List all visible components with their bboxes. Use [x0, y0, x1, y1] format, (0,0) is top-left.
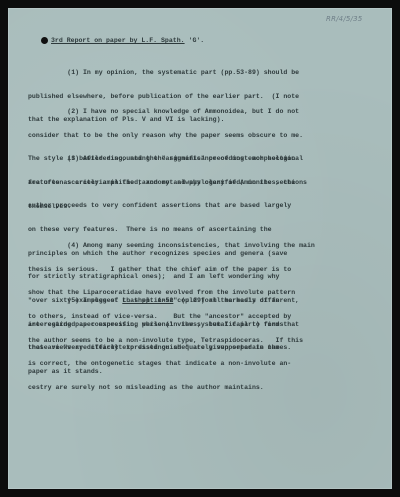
paragraph-line: (4) Among many seeming inconsistencies, … — [28, 242, 315, 250]
paragraph-line: (1) In my opinion, the systematic part (… — [28, 69, 299, 77]
paragraph-line: interesting paper expressing personal vi… — [28, 321, 299, 329]
paragraph-line: (3) After discounting the significance o… — [28, 155, 303, 163]
reference-annotation: RR/4/5/35 — [326, 15, 362, 23]
paragraph-line: author proceeds to very confident assert… — [28, 202, 303, 210]
report-title: 3rd Report on paper by L.F. Spath. — [51, 37, 185, 45]
bullet-dot-icon — [41, 37, 48, 44]
paragraph-line: (2) I have no special knowledge of Ammon… — [28, 108, 307, 116]
paragraph-5: (5) I suggest that pp. 1-52 could form t… — [28, 281, 299, 392]
report-heading: 3rd Report on paper by L.F. Spath. 'G'. — [41, 37, 204, 45]
paragraph-line: paper as it stands. — [28, 368, 299, 376]
paragraph-line: thesis is serious. I gather that the chi… — [28, 266, 315, 274]
paragraph-line: features as criteria in the taxonomy and… — [28, 179, 303, 187]
document-page: RR/4/5/35 3rd Report on paper by L.F. Sp… — [8, 8, 392, 489]
report-title-suffix: 'G'. — [185, 37, 205, 45]
paragraph-line: those views are clearly expressed or ade… — [28, 344, 299, 352]
paragraph-line: (5) I suggest that pp. 1-52 could form t… — [28, 297, 299, 305]
